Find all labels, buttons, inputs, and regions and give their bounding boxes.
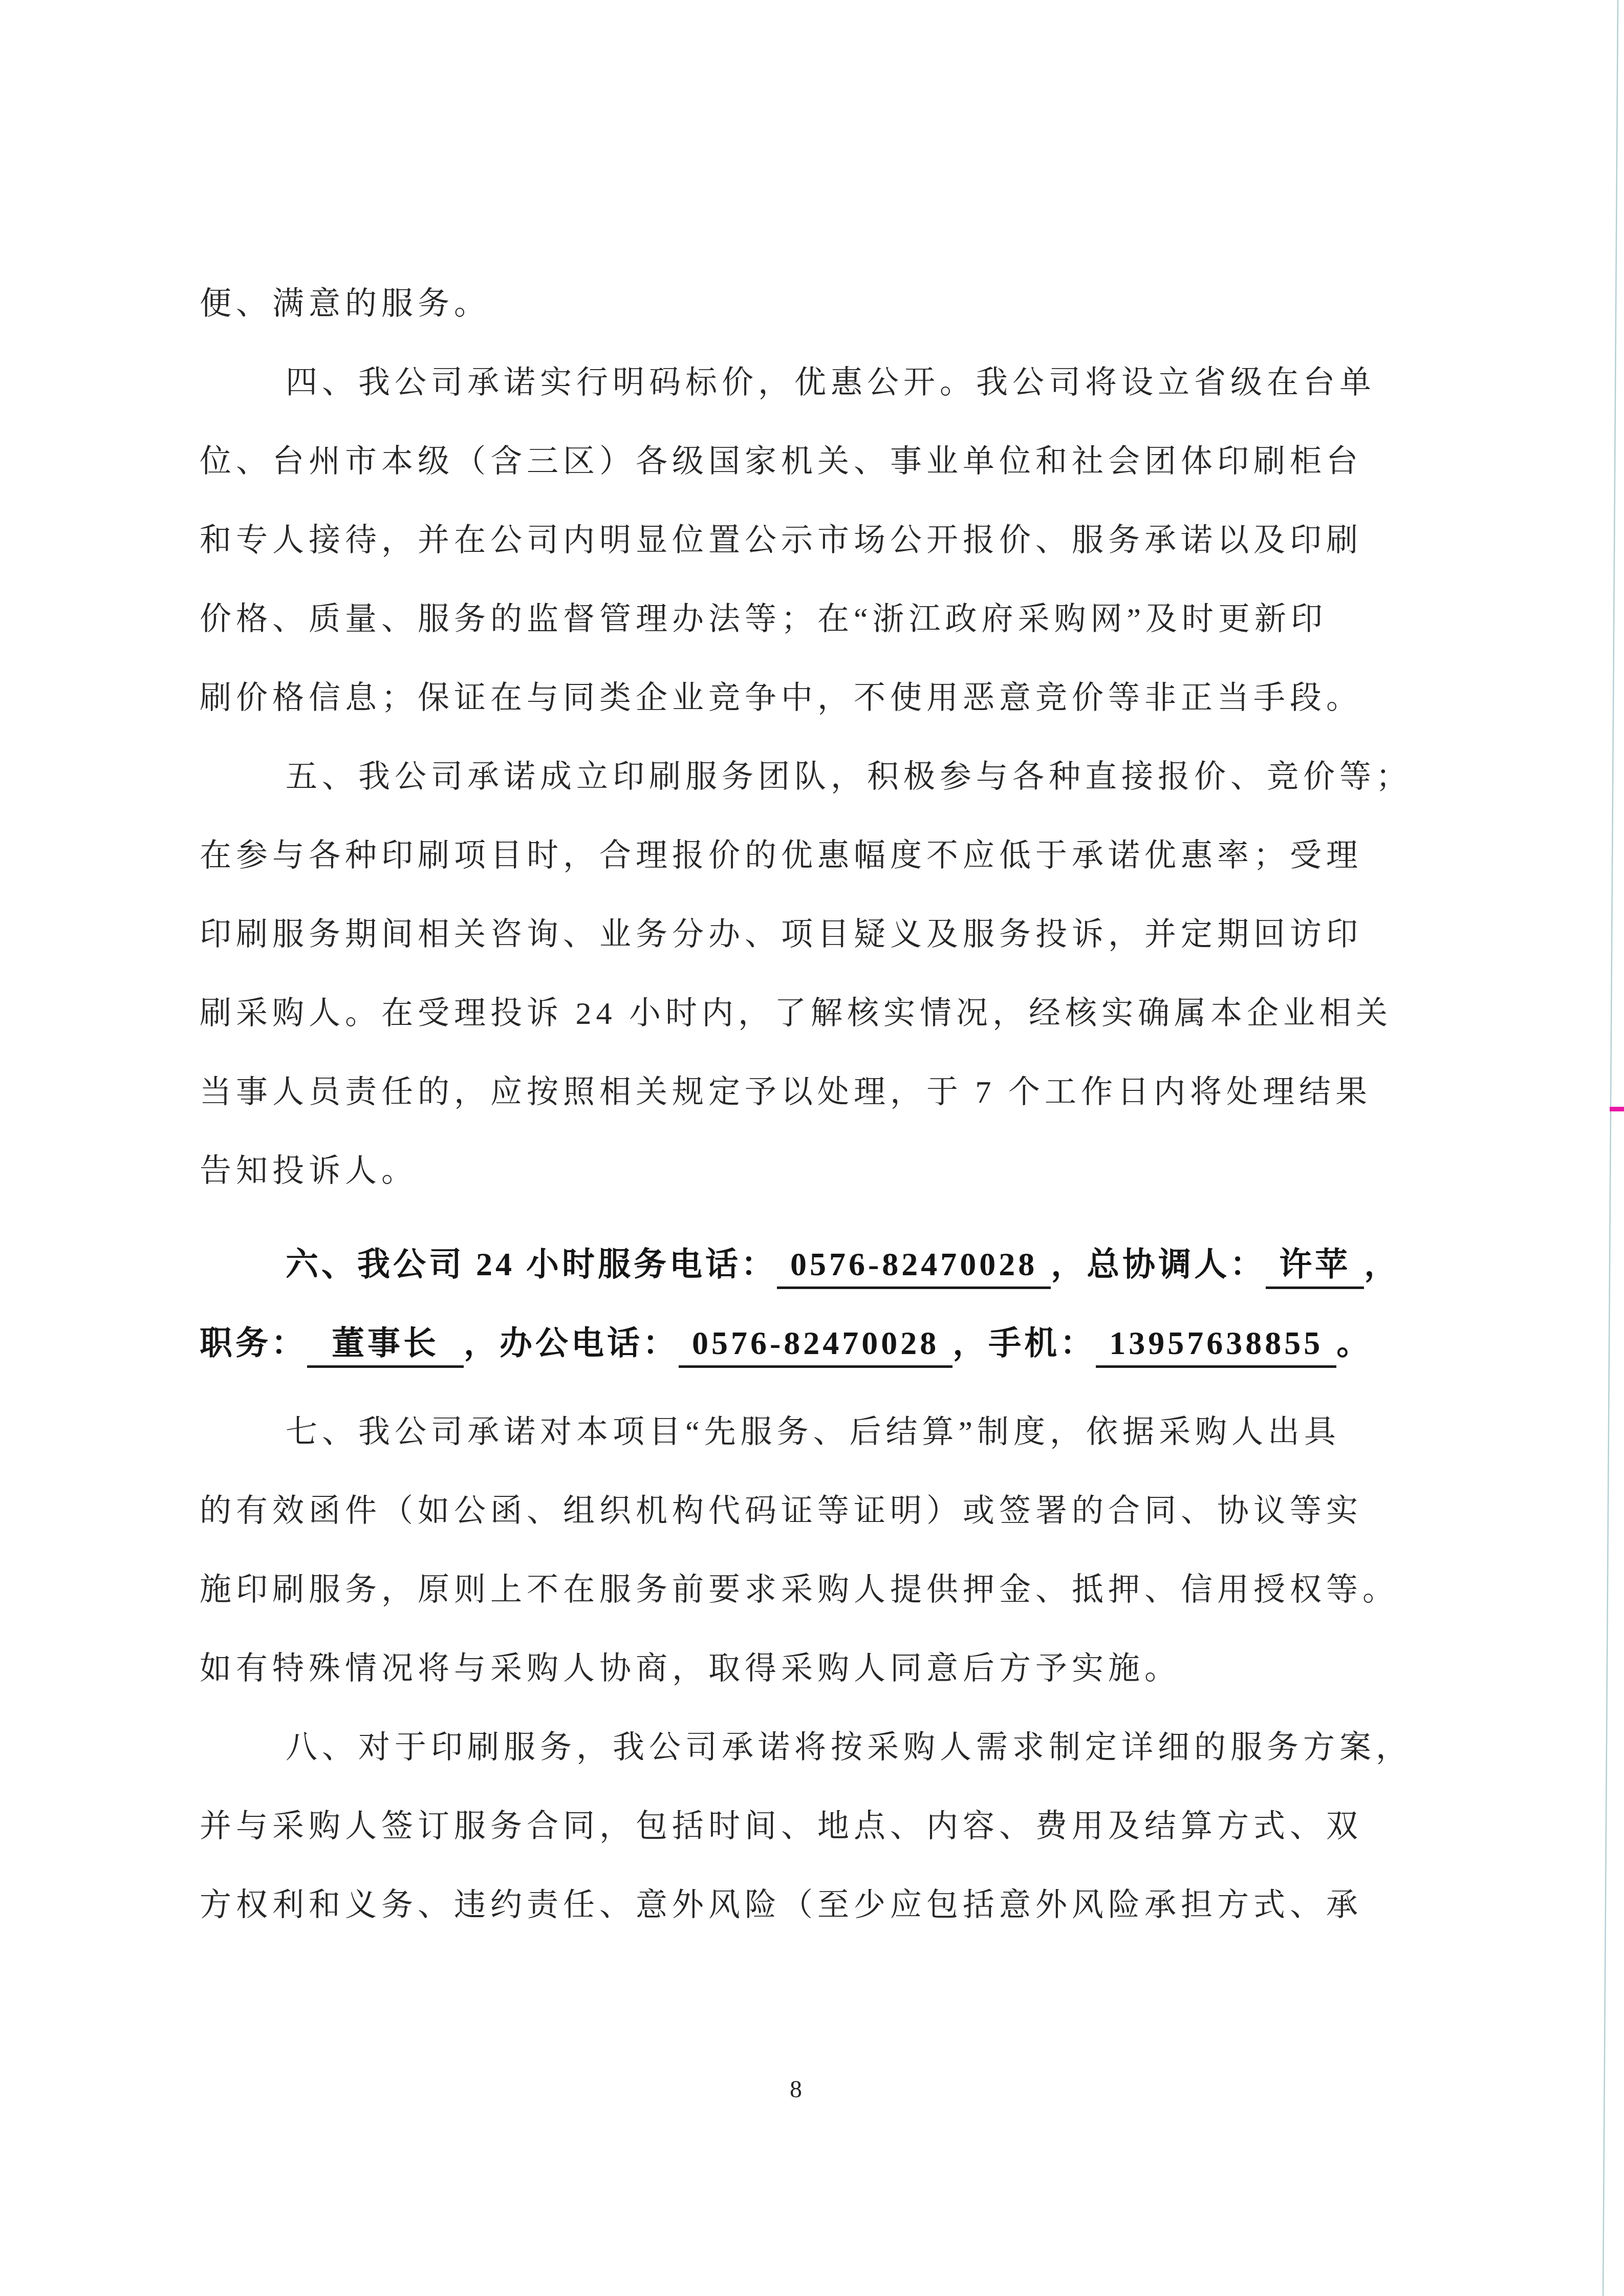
section-four-line: 价格、质量、服务的监督管理办法等；在“浙江政府采购网”及时更新印 — [200, 580, 1431, 659]
job-title-label: 职务： — [200, 1325, 307, 1361]
section-eight-line: 并与采购人签订服务合同，包括时间、地点、内容、费用及结算方式、双 — [200, 1787, 1431, 1866]
highlight-mark — [1610, 1107, 1624, 1111]
scan-edge-line — [1603, 0, 1618, 2296]
section-four-line: 刷价格信息；保证在与同类企业竞争中，不使用恶意竞价等非正当手段。 — [200, 659, 1431, 738]
section-four-line: 和专人接待，并在公司内明显位置公示市场公开报价、服务承诺以及印刷 — [200, 501, 1431, 580]
job-title-value: 董事长 — [307, 1325, 464, 1368]
section-six-line-1: 六、我公司 24 小时服务电话：0576-82470028，总协调人：许苹， — [200, 1225, 1431, 1304]
section-seven-line: 的有效函件（如公函、组织机构代码证等证明）或签署的合同、协议等实 — [200, 1472, 1431, 1551]
service-phone-value: 0576-82470028 — [777, 1246, 1051, 1289]
section-four-line: 四、我公司承诺实行明码标价，优惠公开。我公司将设立省级在台单 — [200, 344, 1431, 422]
section-five-line: 当事人员责任的，应按照相关规定予以处理，于 7 个工作日内将处理结果 — [200, 1053, 1431, 1132]
coordinator-name: 许苹 — [1266, 1246, 1364, 1289]
page-number: 8 — [0, 2074, 1592, 2105]
section-five-line: 在参与各种印刷项目时，合理报价的优惠幅度不应低于承诺优惠率；受理 — [200, 817, 1431, 895]
section-seven-line: 如有特殊情况将与采购人协商，取得采购人同意后方予实施。 — [200, 1629, 1431, 1708]
line-tail-punctuation: 。 — [1336, 1325, 1372, 1361]
section-seven-line: 施印刷服务，原则上不在服务前要求采购人提供押金、抵押、信用授权等。 — [200, 1551, 1431, 1629]
office-phone-label: ，办公电话： — [464, 1325, 679, 1361]
line-tail-punctuation: ， — [1364, 1246, 1400, 1282]
mobile-label: ，手机： — [952, 1325, 1096, 1361]
document-body: 便、满意的服务。 四、我公司承诺实行明码标价，优惠公开。我公司将设立省级在台单 … — [200, 265, 1431, 1945]
document-page: 便、满意的服务。 四、我公司承诺实行明码标价，优惠公开。我公司将设立省级在台单 … — [0, 0, 1624, 2296]
section-five-line: 五、我公司承诺成立印刷服务团队，积极参与各种直接报价、竞价等； — [200, 738, 1431, 817]
coordinator-label: ，总协调人： — [1051, 1246, 1266, 1282]
section-four-line: 位、台州市本级（含三区）各级国家机关、事业单位和社会团体印刷柜台 — [200, 422, 1431, 501]
service-phone-label: 六、我公司 24 小时服务电话： — [286, 1246, 777, 1282]
intro-line: 便、满意的服务。 — [200, 265, 1431, 344]
section-five-line: 告知投诉人。 — [200, 1132, 1431, 1211]
section-five-line: 印刷服务期间相关咨询、业务分办、项目疑义及服务投诉，并定期回访印 — [200, 895, 1431, 974]
section-seven-line: 七、我公司承诺对本项目“先服务、后结算”制度，依据采购人出具 — [200, 1393, 1431, 1472]
office-phone-value: 0576-82470028 — [679, 1325, 952, 1368]
mobile-value: 13957638855 — [1096, 1325, 1336, 1368]
section-six-line-2: 职务：董事长，办公电话：0576-82470028，手机：13957638855… — [200, 1304, 1431, 1383]
section-eight-line: 八、对于印刷服务，我公司承诺将按采购人需求制定详细的服务方案， — [200, 1708, 1431, 1787]
section-five-line: 刷采购人。在受理投诉 24 小时内，了解核实情况，经核实确属本企业相关 — [200, 974, 1431, 1053]
section-eight-line: 方权利和义务、违约责任、意外风险（至少应包括意外风险承担方式、承 — [200, 1866, 1431, 1945]
